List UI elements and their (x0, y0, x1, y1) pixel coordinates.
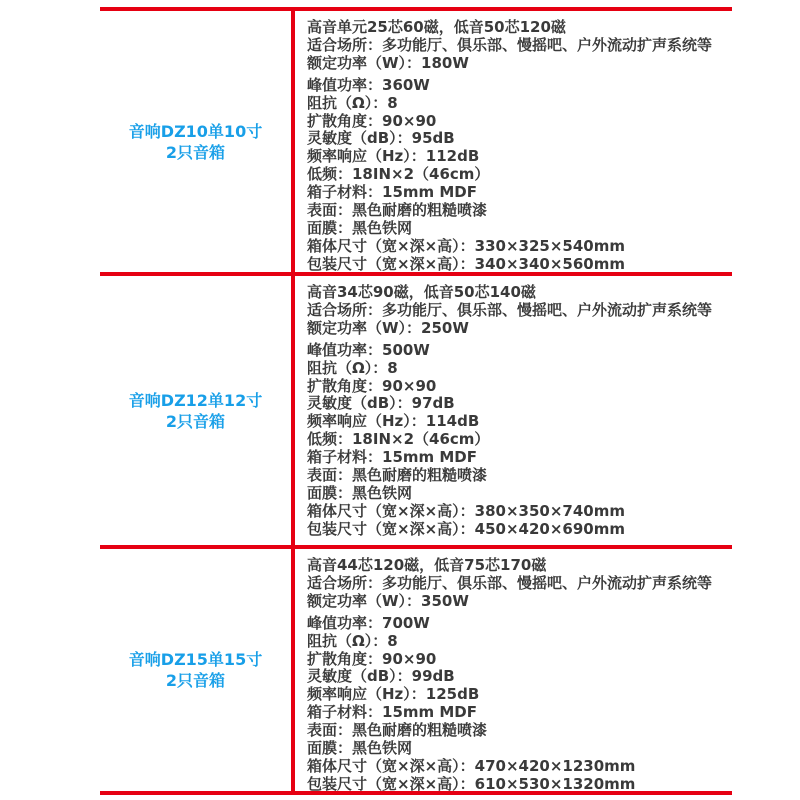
spec-line: 面膜：黑色铁网 (307, 740, 732, 758)
spec-line: 低频：18IN×2（46cm） (307, 431, 732, 449)
spec-line: 表面：黑色耐磨的粗糙喷漆 (307, 202, 732, 220)
table-row: 音响DZ10单10寸2只音箱高音单元25芯60磁，低音50芯120磁适合场所：多… (100, 11, 732, 276)
spec-line: 面膜：黑色铁网 (307, 220, 732, 238)
spec-line: 箱子材料：15mm MDF (307, 184, 732, 202)
spec-line: 频率响应（Hz）：125dB (307, 686, 732, 704)
spec-line: 箱体尺寸（宽×深×高）：380×350×740mm (307, 503, 732, 521)
product-model: 音响DZ10单10寸 (129, 121, 262, 142)
spec-line: 表面：黑色耐磨的粗糙喷漆 (307, 722, 732, 740)
table-row: 音响DZ15单15寸2只音箱高音44芯120磁，低音75芯170磁适合场所：多功… (100, 549, 732, 795)
product-spec-sheet: 音响DZ10单10寸2只音箱高音单元25芯60磁，低音50芯120磁适合场所：多… (0, 0, 800, 800)
spec-line: 适合场所：多功能厅、俱乐部、慢摇吧、户外流动扩声系统等 (307, 302, 732, 320)
product-label-cell: 音响DZ12单12寸2只音箱 (100, 276, 295, 545)
spec-line: 包装尺寸（宽×深×高）：340×340×560mm (307, 256, 732, 274)
table-row: 音响DZ12单12寸2只音箱高音34芯90磁，低音50芯140磁适合场所：多功能… (100, 276, 732, 549)
spec-line: 灵敏度（dB）：99dB (307, 668, 732, 686)
spec-line: 阻抗（Ω）：8 (307, 95, 732, 113)
spec-line: 频率响应（Hz）：114dB (307, 413, 732, 431)
spec-line: 灵敏度（dB）：97dB (307, 395, 732, 413)
spec-table: 音响DZ10单10寸2只音箱高音单元25芯60磁，低音50芯120磁适合场所：多… (100, 7, 732, 795)
spec-list: 高音34芯90磁，低音50芯140磁适合场所：多功能厅、俱乐部、慢摇吧、户外流动… (295, 276, 732, 545)
product-model: 音响DZ12单12寸 (129, 390, 262, 411)
spec-list: 高音44芯120磁，低音75芯170磁适合场所：多功能厅、俱乐部、慢摇吧、户外流… (295, 549, 732, 791)
spec-line: 面膜：黑色铁网 (307, 485, 732, 503)
spec-line: 阻抗（Ω）：8 (307, 360, 732, 378)
spec-line: 高音34芯90磁，低音50芯140磁 (307, 284, 732, 302)
spec-line: 箱体尺寸（宽×深×高）：330×325×540mm (307, 238, 732, 256)
spec-line: 包装尺寸（宽×深×高）：450×420×690mm (307, 521, 732, 539)
spec-line: 低频：18IN×2（46cm） (307, 166, 732, 184)
spec-line: 频率响应（Hz）：112dB (307, 148, 732, 166)
product-quantity: 2只音箱 (166, 670, 225, 691)
spec-list: 高音单元25芯60磁，低音50芯120磁适合场所：多功能厅、俱乐部、慢摇吧、户外… (295, 11, 732, 272)
product-label-cell: 音响DZ10单10寸2只音箱 (100, 11, 295, 272)
spec-line: 箱子材料：15mm MDF (307, 449, 732, 467)
product-quantity: 2只音箱 (166, 142, 225, 163)
spec-line: 高音44芯120磁，低音75芯170磁 (307, 557, 732, 575)
spec-line: 扩散角度：90×90 (307, 113, 732, 131)
spec-line: 额定功率（W）：250W (307, 320, 732, 338)
spec-line: 灵敏度（dB）：95dB (307, 130, 732, 148)
spec-line: 阻抗（Ω）：8 (307, 633, 732, 651)
product-model: 音响DZ15单15寸 (129, 649, 262, 670)
spec-line: 扩散角度：90×90 (307, 651, 732, 669)
spec-line: 高音单元25芯60磁，低音50芯120磁 (307, 19, 732, 37)
spec-line: 箱体尺寸（宽×深×高）：470×420×1230mm (307, 758, 732, 776)
spec-line: 额定功率（W）：350W (307, 593, 732, 611)
product-label-cell: 音响DZ15单15寸2只音箱 (100, 549, 295, 791)
spec-line: 箱子材料：15mm MDF (307, 704, 732, 722)
spec-line: 扩散角度：90×90 (307, 378, 732, 396)
spec-line: 表面：黑色耐磨的粗糙喷漆 (307, 467, 732, 485)
spec-line: 包装尺寸（宽×深×高）：610×530×1320mm (307, 776, 732, 794)
product-quantity: 2只音箱 (166, 411, 225, 432)
spec-line: 适合场所：多功能厅、俱乐部、慢摇吧、户外流动扩声系统等 (307, 37, 732, 55)
spec-line: 峰值功率：500W (307, 342, 732, 360)
spec-line: 额定功率（W）：180W (307, 55, 732, 73)
spec-line: 适合场所：多功能厅、俱乐部、慢摇吧、户外流动扩声系统等 (307, 575, 732, 593)
spec-line: 峰值功率：700W (307, 615, 732, 633)
spec-line: 峰值功率：360W (307, 77, 732, 95)
